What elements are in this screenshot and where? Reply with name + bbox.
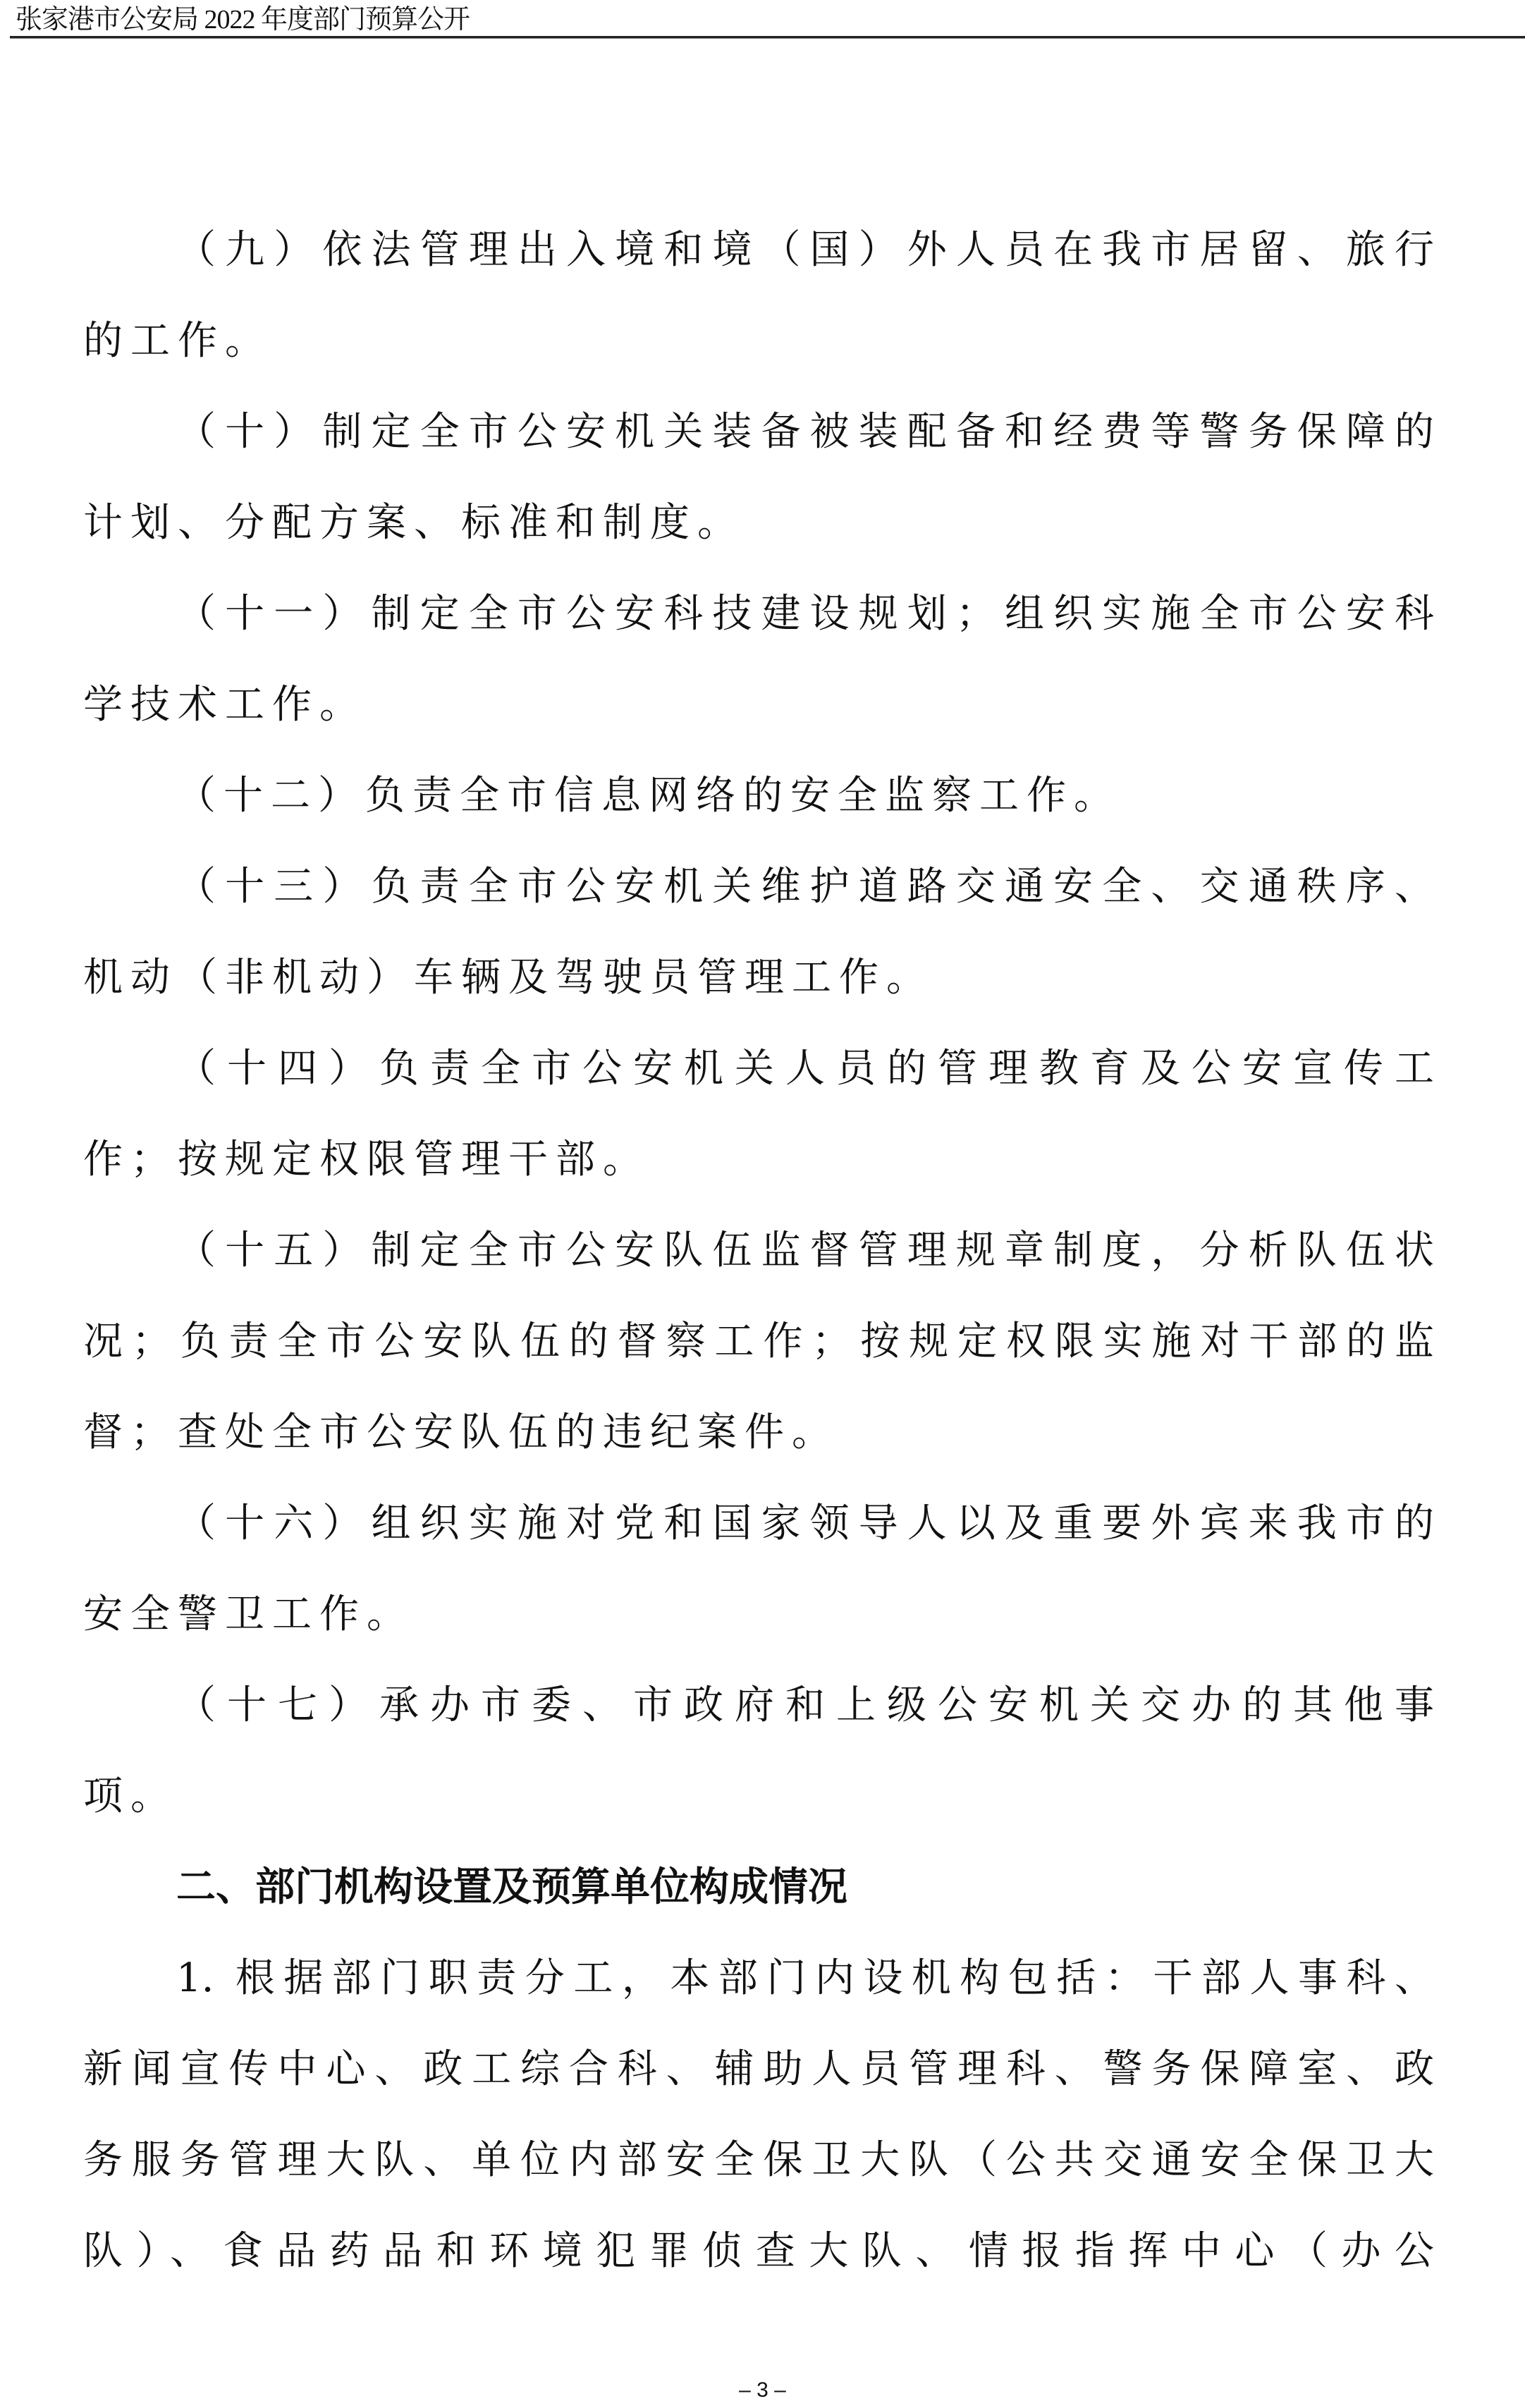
body-line-5: （十一）制定全市公安科技建设规划；组织实施全市公安科	[83, 568, 1434, 659]
body-line-8: （十三）负责全市公安机关维护道路交通安全、交通秩序、	[83, 841, 1434, 932]
body-line-4: 计划、分配方案、标准和制度。	[83, 477, 1434, 568]
body-line-6: 学技术工作。	[83, 659, 1434, 750]
body-line-16: 安全警卫工作。	[83, 1569, 1434, 1660]
section-heading: 二、部门机构设置及预算单位构成情况	[83, 1842, 1434, 1933]
page-number: – 3 –	[0, 2376, 1525, 2404]
body-line-23: 队）、食品药品和环境犯罪侦查大队、情报指挥中心（办公	[83, 2206, 1434, 2297]
body-line-13: 况；负责全市公安队伍的督察工作；按规定权限实施对干部的监	[83, 1296, 1434, 1387]
body-line-1: （九）依法管理出入境和境（国）外人员在我市居留、旅行	[83, 204, 1434, 295]
body-line-17: （十七）承办市委、市政府和上级公安机关交办的其他事	[83, 1660, 1434, 1751]
body-line-21: 新闻宣传中心、政工综合科、辅助人员管理科、警务保障室、政	[83, 2024, 1434, 2115]
body-line-9: 机动（非机动）车辆及驾驶员管理工作。	[83, 932, 1434, 1023]
body-line-20: 1. 根据部门职责分工，本部门内设机构包括：干部人事科、	[83, 1933, 1434, 2024]
body-line-7: （十二）负责全市信息网络的安全监察工作。	[83, 750, 1434, 841]
body-line-2: 的工作。	[83, 295, 1434, 386]
body-line-22: 务服务管理大队、单位内部安全保卫大队（公共交通安全保卫大	[83, 2115, 1434, 2206]
body-line-11: 作；按规定权限管理干部。	[83, 1114, 1434, 1205]
body-line-12: （十五）制定全市公安队伍监督管理规章制度，分析队伍状	[83, 1205, 1434, 1296]
body-line-15: （十六）组织实施对党和国家领导人以及重要外宾来我市的	[83, 1478, 1434, 1569]
body-line-18: 项。	[83, 1751, 1434, 1842]
document-header-title: 张家港市公安局 2022 年度部门预算公开	[16, 4, 470, 35]
document-body: （九）依法管理出入境和境（国）外人员在我市居留、旅行 的工作。 （十）制定全市公…	[83, 204, 1434, 2297]
body-line-14: 督；查处全市公安队伍的违纪案件。	[83, 1387, 1434, 1478]
header-divider	[10, 36, 1525, 39]
body-line-3: （十）制定全市公安机关装备被装配备和经费等警务保障的	[83, 386, 1434, 477]
body-line-10: （十四）负责全市公安机关人员的管理教育及公安宣传工	[83, 1023, 1434, 1114]
